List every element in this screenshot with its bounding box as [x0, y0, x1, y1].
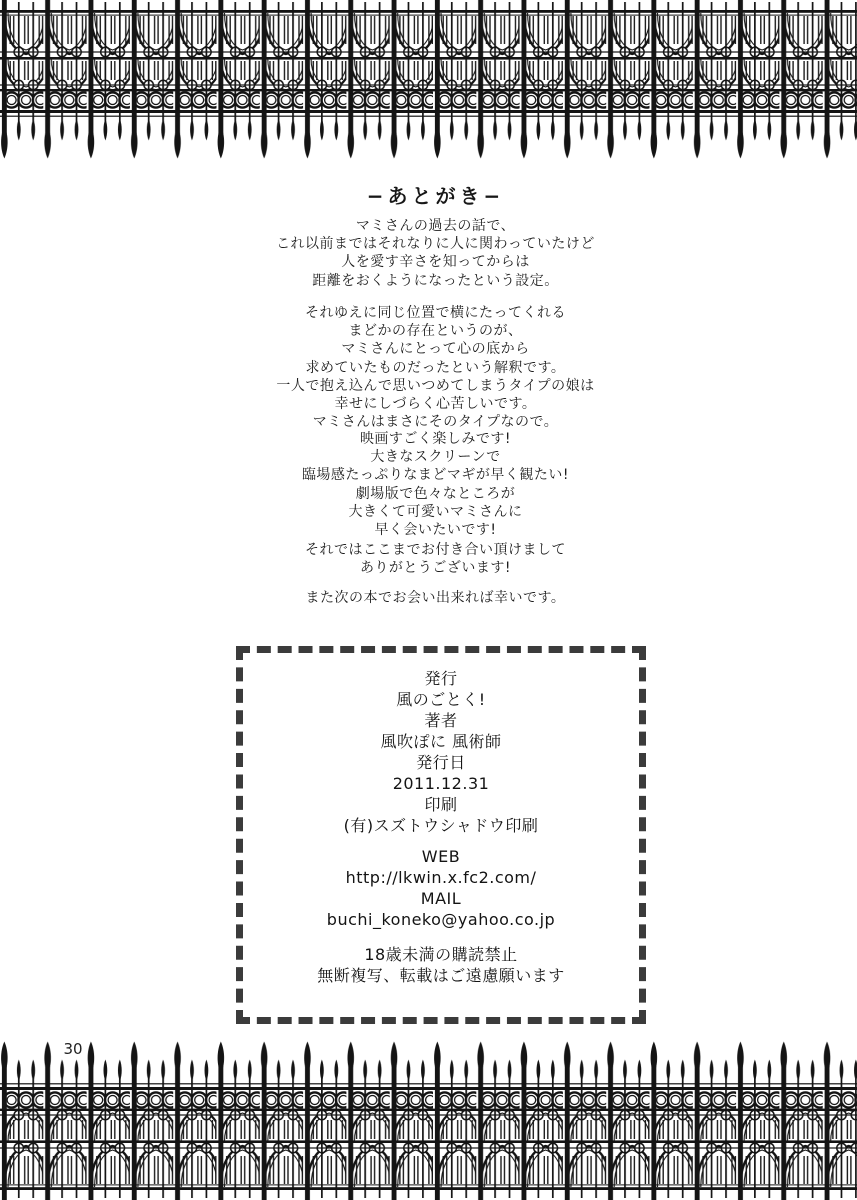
text-line: それゆえに同じ位置で横にたってくれる: [14, 304, 857, 322]
text-line: buchi_koneko@yahoo.co.jp: [243, 909, 639, 930]
text-line: それではここまでお付き合い頂けまして: [14, 541, 857, 559]
text-line: 発行日: [243, 752, 639, 773]
text-line: 無断複写、転載はご遠慮願います: [243, 965, 639, 986]
text-line: 大きくて可愛いマミさんに: [14, 503, 857, 521]
colophon-publication-info: 発行風のごとく!著者風吹ぽに 風術師発行日2011.12.31印刷(有)スズトウ…: [243, 668, 639, 836]
afterword-paragraph-1: マミさんの過去の話で、これ以前まではそれなりに人に関わっていたけど人を愛す辛さを…: [14, 217, 857, 290]
afterword-paragraph-3: 映画すごく楽しみです!大きなスクリーンで臨場感たっぷりなまどマギが早く観たい!劇…: [14, 430, 857, 539]
afterword-title: −あとがき−: [14, 180, 857, 209]
afterword-paragraph-2: それゆえに同じ位置で横にたってくれるまどかの存在というのが、マミさんにとって心の…: [14, 304, 857, 431]
text-line: WEB: [243, 846, 639, 867]
text-line: MAIL: [243, 888, 639, 909]
text-line: 2011.12.31: [243, 773, 639, 794]
text-line: 大きなスクリーンで: [14, 448, 857, 466]
text-line: (有)スズトウシャドウ印刷: [243, 815, 639, 836]
text-line: 幸せにしづらく心苦しいです。: [14, 395, 857, 413]
text-line: マミさんの過去の話で、: [14, 217, 857, 235]
text-line: これ以前まではそれなりに人に関わっていたけど: [14, 235, 857, 253]
text-line: ありがとうございます!: [14, 559, 857, 577]
text-line: 風吹ぽに 風術師: [243, 731, 639, 752]
afterword-paragraph-5: また次の本でお会い出来れば幸いです。: [14, 589, 857, 607]
text-line: 早く会いたいです!: [14, 521, 857, 539]
text-line: 18歳未満の購読禁止: [243, 944, 639, 965]
colophon-contact-info: WEBhttp://lkwin.x.fc2.com/MAILbuchi_kone…: [243, 846, 639, 930]
text-line: 印刷: [243, 794, 639, 815]
text-line: 著者: [243, 710, 639, 731]
text-line: 風のごとく!: [243, 689, 639, 710]
fence-border-top-icon: [0, 0, 857, 160]
fence-border-bottom-icon: [0, 1040, 857, 1200]
colophon-legal-notice: 18歳未満の購読禁止無断複写、転載はご遠慮願います: [243, 944, 639, 986]
text-line: 映画すごく楽しみです!: [14, 430, 857, 448]
text-line: http://lkwin.x.fc2.com/: [243, 867, 639, 888]
text-line: 発行: [243, 668, 639, 689]
text-line: 劇場版で色々なところが: [14, 485, 857, 503]
text-line: 距離をおくようになったという設定。: [14, 272, 857, 290]
text-line: 臨場感たっぷりなまどマギが早く観たい!: [14, 466, 857, 484]
text-line: 求めていたものだったという解釈です。: [14, 359, 857, 377]
text-line: また次の本でお会い出来れば幸いです。: [14, 589, 857, 607]
colophon-box: 発行風のごとく!著者風吹ぽに 風術師発行日2011.12.31印刷(有)スズトウ…: [236, 646, 646, 1024]
text-line: まどかの存在というのが、: [14, 322, 857, 340]
text-line: マミさんはまさにそのタイプなので。: [14, 413, 857, 431]
text-line: 人を愛す辛さを知ってからは: [14, 253, 857, 271]
afterword-paragraph-4: それではここまでお付き合い頂けましてありがとうございます!: [14, 541, 857, 577]
text-line: 一人で抱え込んで思いつめてしまうタイプの娘は: [14, 377, 857, 395]
text-line: マミさんにとって心の底から: [14, 340, 857, 358]
